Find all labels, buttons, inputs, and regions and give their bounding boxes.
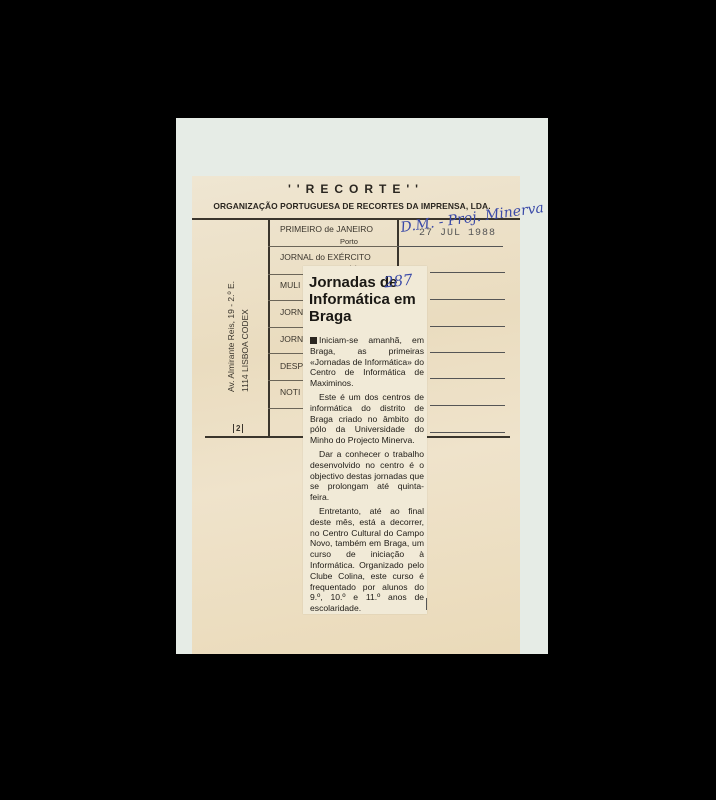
row-divider: [430, 272, 505, 273]
form-title: ''RECORTE'': [192, 182, 520, 196]
row-divider: [268, 274, 308, 275]
row-divider: [398, 246, 503, 247]
row-divider: [268, 327, 308, 328]
row-divider: [268, 300, 308, 301]
row-divider: [268, 353, 308, 354]
form-subtitle: ORGANIZAÇÃO PORTUGUESA DE RECORTES DA IM…: [192, 201, 512, 211]
clipping-edge-mark: [426, 598, 427, 610]
column-divider-right: [397, 218, 399, 266]
publication-label: MULI: [280, 280, 300, 290]
publication-city: Porto: [340, 237, 358, 246]
clipping-paragraph: Dar a conhecer o trabalho desenvolvido n…: [310, 449, 424, 503]
address-line-2: 1114 LISBOA CODEX: [240, 309, 250, 392]
clipping-handwritten-number: 287: [383, 271, 413, 292]
publication-label: JORNAL do EXÉRCITO: [280, 252, 371, 262]
row-divider: [430, 378, 505, 379]
row-divider: [268, 408, 308, 409]
square-bullet-icon: [310, 337, 317, 344]
row-divider: [430, 326, 505, 327]
clipping-body: Iniciam-se amanhã, em Braga, as primeira…: [310, 335, 424, 617]
publication-label: PRIMEIRO de JANEIRO: [280, 224, 373, 234]
clipping-paragraph: Este é um dos centros de informática do …: [310, 392, 424, 446]
row-divider: [430, 405, 505, 406]
publication-label: NOTI: [280, 387, 300, 397]
row-divider: [430, 352, 505, 353]
page-number: 2: [233, 424, 243, 433]
address-line-1: Av. Almirante Reis, 19 - 2.º E.: [226, 281, 236, 392]
row-divider: [268, 380, 308, 381]
publication-label: JORN: [280, 307, 303, 317]
row-divider: [430, 432, 505, 433]
publication-label: JORN: [280, 334, 303, 344]
row-divider: [430, 299, 505, 300]
clipping-paragraph: Entretanto, até ao final deste mês, está…: [310, 506, 424, 614]
publication-label: DESP: [280, 361, 303, 371]
clipping-paragraph: Iniciam-se amanhã, em Braga, as primeira…: [310, 335, 424, 389]
row-divider: [268, 246, 398, 247]
